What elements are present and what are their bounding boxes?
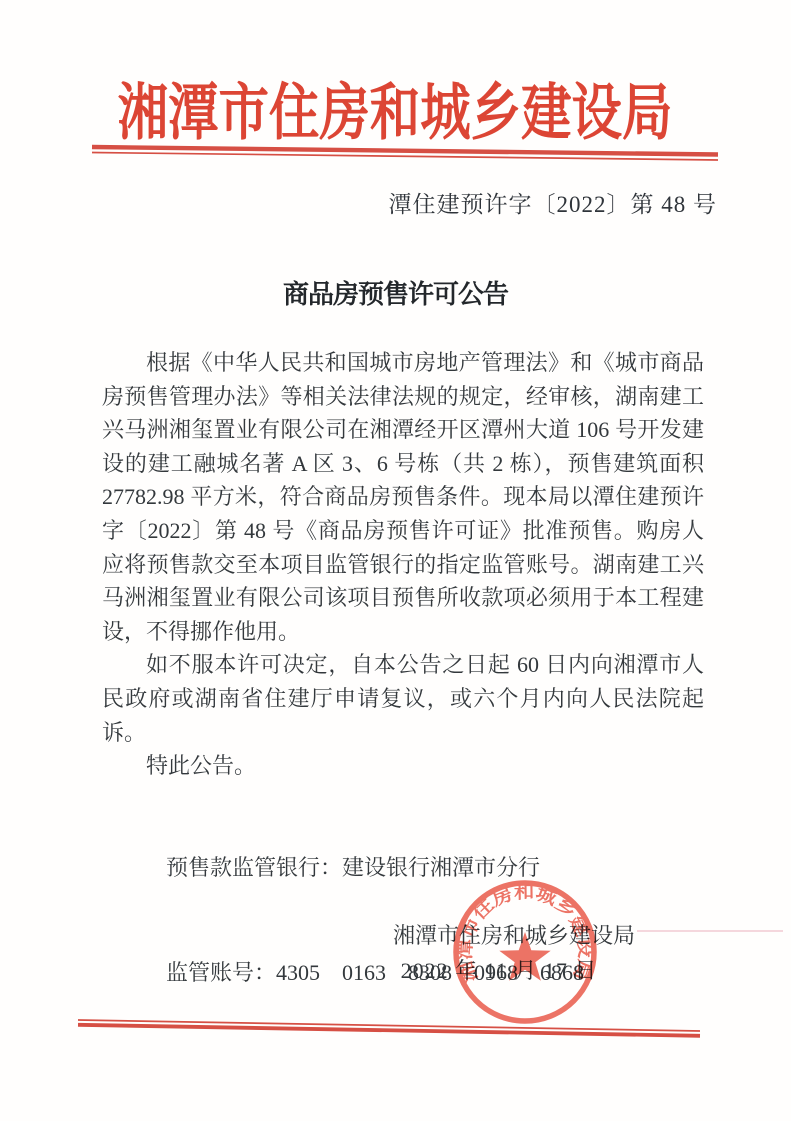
agency-masthead-text: 湘潭市住房和城乡建设局: [118, 73, 673, 156]
body-paragraph-2: 如不服本许可决定，自本公告之日起 60 日内向湘潭市人民政府或湖南省住建厅申请复…: [102, 648, 704, 749]
signature-date: 2022 年 11 月 17 日: [393, 953, 633, 988]
body-paragraph-3: 特此公告。: [102, 749, 704, 783]
body-paragraph-1: 根据《中华人民共和国城市房地产管理法》和《城市商品房预售管理办法》等相关法律法规…: [102, 346, 704, 648]
signature-agency: 湘潭市住房和城乡建设局: [393, 918, 633, 953]
announcement-body: 根据《中华人民共和国城市房地产管理法》和《城市商品房预售管理办法》等相关法律法规…: [102, 346, 704, 783]
official-announcement-document: 湘潭市住房和城乡建设局 潭住建预许字〔2022〕第 48 号 商品房预售许可公告…: [0, 0, 791, 1121]
announcement-title: 商品房预售许可公告: [0, 274, 791, 311]
document-number: 潭住建预许字〔2022〕第 48 号: [0, 186, 717, 219]
account-label: 监管账号：: [166, 960, 276, 985]
bank-name: 建设银行湘潭市分行: [342, 855, 540, 880]
bank-line: 预售款监管银行：建设银行湘潭市分行: [166, 850, 584, 885]
signature-block: 湘潭市住房和城乡建设局 2022 年 11 月 17 日: [393, 918, 633, 988]
bank-label: 预售款监管银行：: [166, 855, 342, 880]
agency-masthead: 湘潭市住房和城乡建设局: [0, 80, 791, 150]
